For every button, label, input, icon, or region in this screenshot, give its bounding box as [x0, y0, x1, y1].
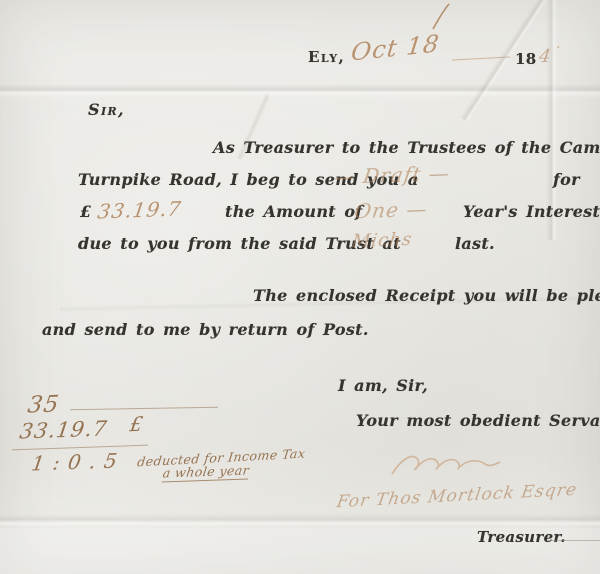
para2-line2: and send to me by return of Post.: [42, 320, 369, 339]
place-label: Ely,: [308, 48, 345, 66]
calc-line3-note2: a whole year: [162, 463, 251, 483]
pen-dash: [452, 56, 510, 60]
body-line2-printed-b: for: [553, 170, 580, 189]
signature-scrawl: [388, 448, 508, 482]
calc-line1: 35: [26, 391, 61, 418]
pound-sign: £: [80, 202, 91, 221]
closing-line1: I am, Sir,: [338, 376, 428, 395]
salutation: Sir,: [88, 100, 125, 119]
year-handwritten: 4: [537, 46, 552, 67]
fold-crease-diagonal: [460, 0, 550, 123]
calc-line2: 33.19.7: [18, 416, 109, 443]
pen-flourish-icon: [430, 2, 452, 32]
body-line3-printed-a: the Amount of: [225, 202, 362, 221]
closing-for-line: For Thos Mortlock Esqre: [335, 480, 579, 512]
amount-handwritten: 33.19.7: [96, 197, 183, 224]
fold-crease-horizontal-top: [0, 84, 600, 98]
fold-crease-horizontal-bottom: [0, 514, 600, 528]
treasurer-rule: [548, 540, 600, 541]
year-mark: ·: [555, 40, 563, 56]
year-printed: 18: [515, 50, 536, 68]
calc-line1-rule: [70, 407, 218, 411]
body-line4-printed-b: last.: [455, 234, 495, 253]
date-handwritten: Oct 18: [350, 30, 441, 67]
calc-line2-mark: £: [128, 412, 145, 436]
treasurer-label: Treasurer.: [477, 528, 566, 546]
calc-line3-amount: 1 : 0 . 5: [30, 449, 120, 476]
body-line3-handwritten: One —: [353, 197, 429, 224]
closing-line2: Your most obedient Servant,: [356, 411, 600, 430]
letter-scan: Ely, Oct 18 18 4 · Sir, As Treasurer to …: [0, 0, 600, 574]
body-line3-printed-b: Year's Interest: [463, 202, 600, 221]
para2-line1: The enclosed Receipt you will be pleased…: [253, 286, 600, 305]
body-line1: As Treasurer to the Trustees of the Camb…: [213, 138, 600, 157]
body-line2-handwritten: — Draft —: [333, 161, 452, 189]
body-line4-handwritten: Michs: [350, 229, 413, 252]
